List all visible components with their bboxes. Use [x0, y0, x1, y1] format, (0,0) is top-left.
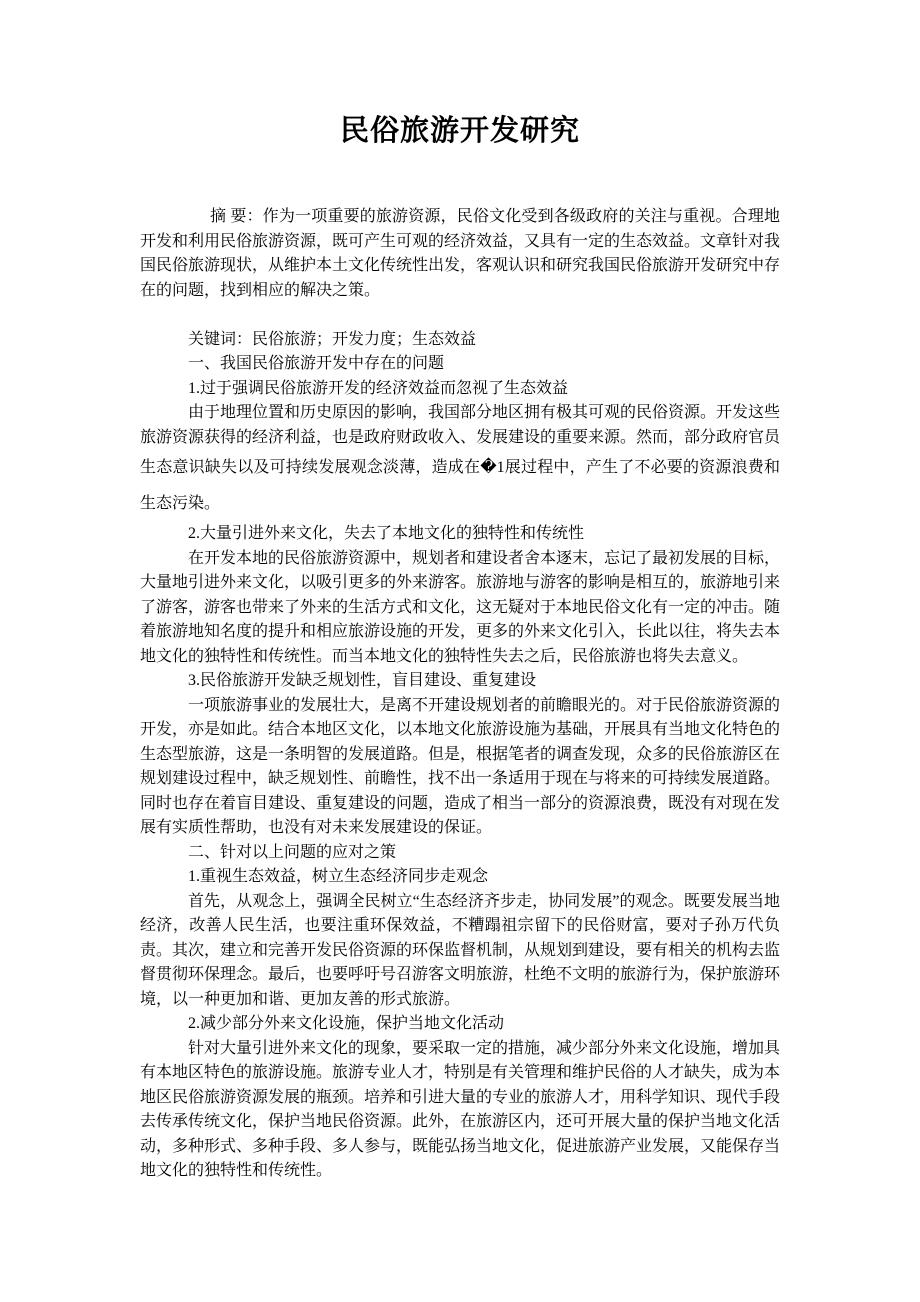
abstract-paragraph: 摘 要：作为一项重要的旅游资源，民俗文化受到各级政府的关注与重视。合理地开发和利… — [140, 205, 780, 303]
section-2-sub-1-paragraph: 首先，从观念上，强调全民树立“生态经济齐步走，协同发展”的观念。既要发展当地经济… — [140, 890, 780, 1013]
document-page: 民俗旅游开发研究 摘 要：作为一项重要的旅游资源，民俗文化受到各级政府的关注与重… — [0, 0, 920, 1302]
section-2-sub-2-heading: 2.减少部分外来文化设施，保护当地文化活动 — [140, 1012, 780, 1037]
section-1-sub-1-paragraph: 由于地理位置和历史原因的影响，我国部分地区拥有极其可观的民俗资源。开发这些旅游资… — [140, 401, 780, 522]
document-content: 民俗旅游开发研究 摘 要：作为一项重要的旅游资源，民俗文化受到各级政府的关注与重… — [0, 0, 920, 1184]
section-1-sub-3-paragraph: 一项旅游事业的发展壮大，是离不开建设规划者的前瞻眼光的。对于民俗旅游资源的开发，… — [140, 694, 780, 841]
section-1-sub-2-heading: 2.大量引进外来文化，失去了本地文化的独特性和传统性 — [140, 522, 780, 547]
section-1-sub-2-paragraph: 在开发本地的民俗旅游资源中，规划者和建设者舍本逐末，忘记了最初发展的目标，大量地… — [140, 547, 780, 670]
section-2-heading: 二、针对以上问题的应对之策 — [140, 841, 780, 866]
section-2-sub-2-paragraph: 针对大量引进外来文化的现象，要采取一定的措施，减少部分外来文化设施，增加具有本地… — [140, 1037, 780, 1184]
section-1-sub-1-heading: 1.过于强调民俗旅游开发的经济效益而忽视了生态效益 — [140, 377, 780, 402]
keywords-line: 关键词：民俗旅游；开发力度；生态效益 — [140, 328, 780, 353]
section-1-heading: 一、我国民俗旅游开发中存在的问题 — [140, 352, 780, 377]
section-1-sub-1-paragraph-part-a: 由于地理位置和历史原因的影响，我国部分地区拥有极其可观的民俗资源。开发这些旅游资… — [140, 404, 780, 446]
document-title: 民俗旅游开发研究 — [140, 0, 780, 152]
section-2-sub-1-heading: 1.重视生态效益，树立生态经济同步走观念 — [140, 865, 780, 890]
section-1-sub-3-heading: 3.民俗旅游开发缺乏规划性，盲目建设、重复建设 — [140, 669, 780, 694]
section-1-sub-1-paragraph-part-b: 生态意识缺失以及可持续发展观念淡薄，造成在�1展过程中，产生了不必要的资源浪费和… — [140, 459, 780, 512]
